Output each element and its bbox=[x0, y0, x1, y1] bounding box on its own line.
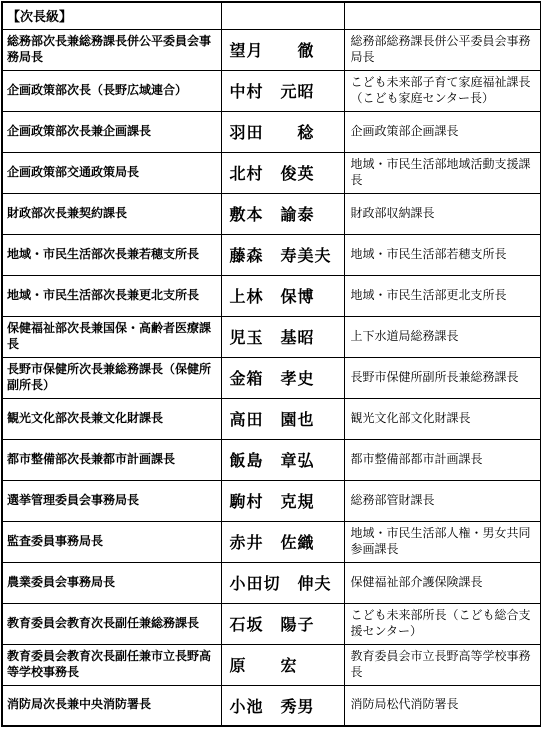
section-header-row: 【次長級】 bbox=[2, 2, 541, 29]
table-row: 総務部次長兼総務課長併公平委員会事務局長 望月 徹 総務部総務課長併公平委員会事… bbox=[2, 29, 541, 70]
position-cell: 都市整備部次長兼都市計画課長 bbox=[2, 439, 221, 480]
table-row: 消防局次長兼中央消防署長 小池 秀男 消防局松代消防署長 bbox=[2, 685, 541, 726]
previous-position-cell: 消防局松代消防署長 bbox=[344, 685, 541, 726]
name-cell: 児玉 基昭 bbox=[221, 316, 344, 357]
position-cell: 教育委員会教育次長副任兼総務課長 bbox=[2, 603, 221, 644]
table-row: 農業委員会事務局長 小田切 伸夫 保健福祉部介護保険課長 bbox=[2, 562, 541, 603]
section-title: 【次長級】 bbox=[2, 2, 221, 29]
position-cell: 保健福祉部次長兼国保・高齢者医療課長 bbox=[2, 316, 221, 357]
position-cell: 教育委員会教育次長副任兼市立長野高等学校事務長 bbox=[2, 644, 221, 685]
previous-position-cell: こども未来部所長（こども総合支援センター） bbox=[344, 603, 541, 644]
previous-position-cell: 観光文化部文化財課長 bbox=[344, 398, 541, 439]
name-cell: 原 宏 bbox=[221, 644, 344, 685]
position-cell: 地域・市民生活部次長兼若穂支所長 bbox=[2, 234, 221, 275]
name-cell: 小池 秀男 bbox=[221, 685, 344, 726]
position-cell: 企画政策部交通政策局長 bbox=[2, 152, 221, 193]
table-row: 地域・市民生活部次長兼更北支所長 上林 保博 地域・市民生活部更北支所長 bbox=[2, 275, 541, 316]
previous-position-cell: 地域・市民生活部更北支所長 bbox=[344, 275, 541, 316]
table-row: 企画政策部次長兼企画課長 羽田 稔 企画政策部企画課長 bbox=[2, 111, 541, 152]
table-row: 企画政策部次長（長野広域連合） 中村 元昭 こども未来部子育て家庭福祉課長（こど… bbox=[2, 70, 541, 111]
table-row: 教育委員会教育次長副任兼総務課長 石坂 陽子 こども未来部所長（こども総合支援セ… bbox=[2, 603, 541, 644]
name-cell: 高田 園也 bbox=[221, 398, 344, 439]
position-cell: 総務部次長兼総務課長併公平委員会事務局長 bbox=[2, 29, 221, 70]
name-cell: 小田切 伸夫 bbox=[221, 562, 344, 603]
previous-position-cell: 地域・市民生活部地域活動支援課長 bbox=[344, 152, 541, 193]
personnel-table: 【次長級】 総務部次長兼総務課長併公平委員会事務局長 望月 徹 総務部総務課長併… bbox=[1, 1, 541, 727]
name-cell: 藤森 寿美夫 bbox=[221, 234, 344, 275]
previous-position-cell: 企画政策部企画課長 bbox=[344, 111, 541, 152]
name-cell: 望月 徹 bbox=[221, 29, 344, 70]
name-cell: 羽田 稔 bbox=[221, 111, 344, 152]
name-cell: 北村 俊英 bbox=[221, 152, 344, 193]
name-cell: 石坂 陽子 bbox=[221, 603, 344, 644]
position-cell: 選挙管理委員会事務局長 bbox=[2, 480, 221, 521]
empty-header-cell bbox=[344, 2, 541, 29]
name-cell: 敷本 諭泰 bbox=[221, 193, 344, 234]
name-cell: 上林 保博 bbox=[221, 275, 344, 316]
table-row: 都市整備部次長兼都市計画課長 飯島 章弘 都市整備部都市計画課長 bbox=[2, 439, 541, 480]
table-row: 監査委員事務局長 赤井 佐織 地域・市民生活部人権・男女共同参画課長 bbox=[2, 521, 541, 562]
position-cell: 農業委員会事務局長 bbox=[2, 562, 221, 603]
previous-position-cell: 総務部管財課長 bbox=[344, 480, 541, 521]
table-row: 保健福祉部次長兼国保・高齢者医療課長 児玉 基昭 上下水道局総務課長 bbox=[2, 316, 541, 357]
position-cell: 地域・市民生活部次長兼更北支所長 bbox=[2, 275, 221, 316]
name-cell: 金箱 孝史 bbox=[221, 357, 344, 398]
position-cell: 監査委員事務局長 bbox=[2, 521, 221, 562]
previous-position-cell: 教育委員会市立長野高等学校事務長 bbox=[344, 644, 541, 685]
previous-position-cell: 総務部総務課長併公平委員会事務局長 bbox=[344, 29, 541, 70]
previous-position-cell: 長野市保健所副所長兼総務課長 bbox=[344, 357, 541, 398]
previous-position-cell: 地域・市民生活部人権・男女共同参画課長 bbox=[344, 521, 541, 562]
table-row: 観光文化部次長兼文化財課長 高田 園也 観光文化部文化財課長 bbox=[2, 398, 541, 439]
previous-position-cell: こども未来部子育て家庭福祉課長（こども家庭センター長） bbox=[344, 70, 541, 111]
table-row: 長野市保健所次長兼総務課長（保健所副所長） 金箱 孝史 長野市保健所副所長兼総務… bbox=[2, 357, 541, 398]
previous-position-cell: 保健福祉部介護保険課長 bbox=[344, 562, 541, 603]
name-cell: 飯島 章弘 bbox=[221, 439, 344, 480]
position-cell: 財政部次長兼契約課長 bbox=[2, 193, 221, 234]
table-row: 教育委員会教育次長副任兼市立長野高等学校事務長 原 宏 教育委員会市立長野高等学… bbox=[2, 644, 541, 685]
position-cell: 長野市保健所次長兼総務課長（保健所副所長） bbox=[2, 357, 221, 398]
previous-position-cell: 財政部収納課長 bbox=[344, 193, 541, 234]
name-cell: 駒村 克規 bbox=[221, 480, 344, 521]
previous-position-cell: 都市整備部都市計画課長 bbox=[344, 439, 541, 480]
previous-position-cell: 上下水道局総務課長 bbox=[344, 316, 541, 357]
table-row: 企画政策部交通政策局長 北村 俊英 地域・市民生活部地域活動支援課長 bbox=[2, 152, 541, 193]
table-row: 地域・市民生活部次長兼若穂支所長 藤森 寿美夫 地域・市民生活部若穂支所長 bbox=[2, 234, 541, 275]
position-cell: 企画政策部次長（長野広域連合） bbox=[2, 70, 221, 111]
position-cell: 企画政策部次長兼企画課長 bbox=[2, 111, 221, 152]
name-cell: 中村 元昭 bbox=[221, 70, 344, 111]
document-page: 【次長級】 総務部次長兼総務課長併公平委員会事務局長 望月 徹 総務部総務課長併… bbox=[0, 0, 541, 740]
table-row: 選挙管理委員会事務局長 駒村 克規 総務部管財課長 bbox=[2, 480, 541, 521]
position-cell: 観光文化部次長兼文化財課長 bbox=[2, 398, 221, 439]
name-cell: 赤井 佐織 bbox=[221, 521, 344, 562]
position-cell: 消防局次長兼中央消防署長 bbox=[2, 685, 221, 726]
empty-header-cell bbox=[221, 2, 344, 29]
table-row: 財政部次長兼契約課長 敷本 諭泰 財政部収納課長 bbox=[2, 193, 541, 234]
previous-position-cell: 地域・市民生活部若穂支所長 bbox=[344, 234, 541, 275]
